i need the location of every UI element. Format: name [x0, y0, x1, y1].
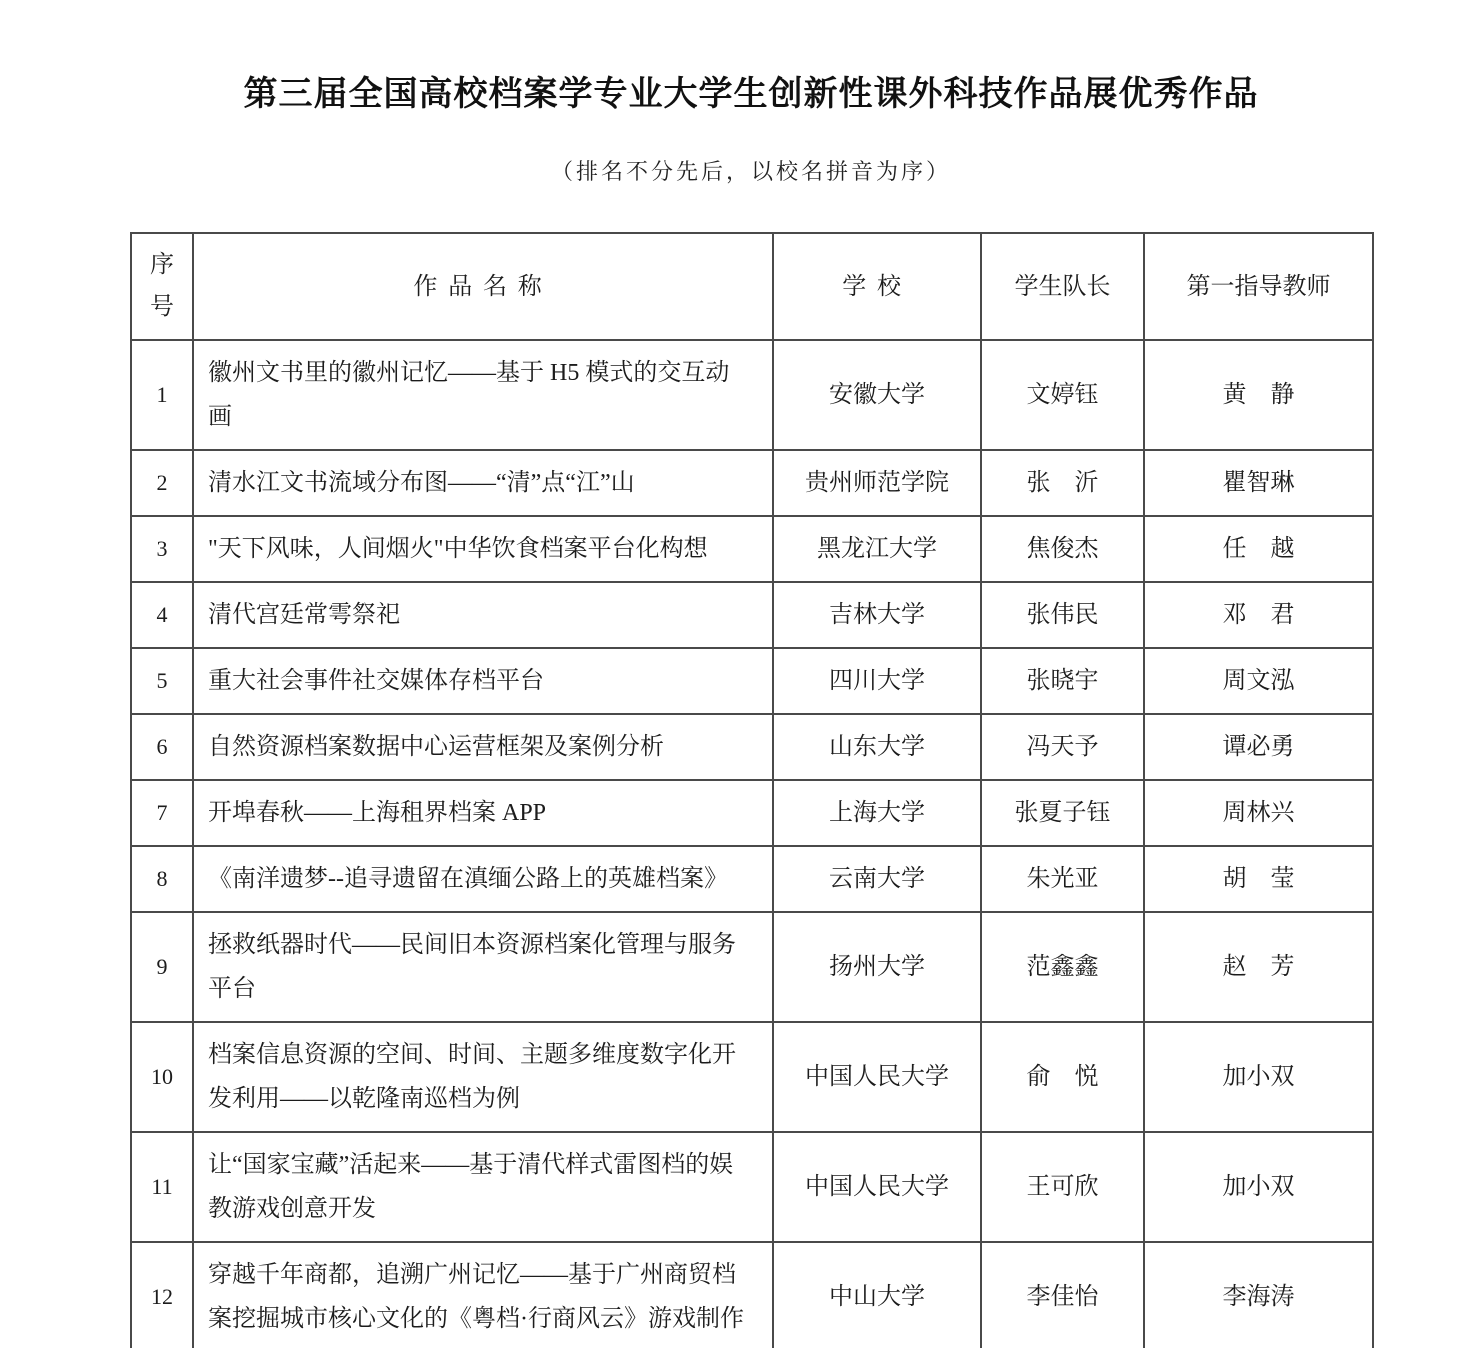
row-index-cell: 6: [131, 714, 193, 780]
work-title-cell: 清水江文书流域分布图——“清”点“江”山: [193, 450, 773, 516]
student-leader-cell: 张夏子钰: [981, 780, 1144, 846]
table-row: 5 重大社会事件社交媒体存档平台 四川大学 张晓宇 周文泓: [131, 648, 1373, 714]
student-leader-cell: 张伟民: [981, 582, 1144, 648]
first-advisor-cell: 谭必勇: [1144, 714, 1373, 780]
first-advisor-cell: 周林兴: [1144, 780, 1373, 846]
school-cell: 吉林大学: [773, 582, 981, 648]
student-leader-cell: 李佳怡: [981, 1242, 1144, 1348]
header-first-advisor: 第一指导教师: [1144, 233, 1373, 340]
table-row: 6 自然资源档案数据中心运营框架及案例分析 山东大学 冯天予 谭必勇: [131, 714, 1373, 780]
school-cell: 安徽大学: [773, 340, 981, 450]
row-index-cell: 12: [131, 1242, 193, 1348]
work-title-cell: 档案信息资源的空间、时间、主题多维度数字化开发利用——以乾隆南巡档为例: [193, 1022, 773, 1132]
row-index-cell: 2: [131, 450, 193, 516]
row-index-cell: 11: [131, 1132, 193, 1242]
first-advisor-cell: 李海涛: [1144, 1242, 1373, 1348]
work-title-cell: 徽州文书里的徽州记忆——基于 H5 模式的交互动画: [193, 340, 773, 450]
table-row: 1 徽州文书里的徽州记忆——基于 H5 模式的交互动画 安徽大学 文婷钰 黄 静: [131, 340, 1373, 450]
work-title-cell: 《南洋遗梦--追寻遗留在滇缅公路上的英雄档案》: [193, 846, 773, 912]
school-cell: 云南大学: [773, 846, 981, 912]
row-index-cell: 1: [131, 340, 193, 450]
row-index-cell: 9: [131, 912, 193, 1022]
work-title-cell: "天下风味，人间烟火"中华饮食档案平台化构想: [193, 516, 773, 582]
student-leader-cell: 焦俊杰: [981, 516, 1144, 582]
school-cell: 上海大学: [773, 780, 981, 846]
student-leader-cell: 张 沂: [981, 450, 1144, 516]
table-row: 12 穿越千年商都，追溯广州记忆——基于广州商贸档案挖掘城市核心文化的《粤档·行…: [131, 1242, 1373, 1348]
first-advisor-cell: 加小双: [1144, 1022, 1373, 1132]
row-index-cell: 7: [131, 780, 193, 846]
first-advisor-cell: 黄 静: [1144, 340, 1373, 450]
header-school: 学校: [773, 233, 981, 340]
table-body: 1 徽州文书里的徽州记忆——基于 H5 模式的交互动画 安徽大学 文婷钰 黄 静…: [131, 340, 1373, 1348]
table-row: 9 拯救纸器时代——民间旧本资源档案化管理与服务平台 扬州大学 范鑫鑫 赵 芳: [131, 912, 1373, 1022]
school-cell: 中国人民大学: [773, 1132, 981, 1242]
table-row: 3 "天下风味，人间烟火"中华饮食档案平台化构想 黑龙江大学 焦俊杰 任 越: [131, 516, 1373, 582]
student-leader-cell: 朱光亚: [981, 846, 1144, 912]
table-row: 4 清代宫廷常雩祭祀 吉林大学 张伟民 邓 君: [131, 582, 1373, 648]
awarded-works-table: 序号 作品名称 学校 学生队长 第一指导教师 1 徽州文书里的徽州记忆——基于 …: [130, 232, 1374, 1348]
header-index: 序号: [131, 233, 193, 340]
student-leader-cell: 俞 悦: [981, 1022, 1144, 1132]
table-row: 7 开埠春秋——上海租界档案 APP 上海大学 张夏子钰 周林兴: [131, 780, 1373, 846]
header-work-title: 作品名称: [193, 233, 773, 340]
row-index-cell: 10: [131, 1022, 193, 1132]
row-index-cell: 8: [131, 846, 193, 912]
work-title-cell: 清代宫廷常雩祭祀: [193, 582, 773, 648]
document-page: 第三届全国高校档案学专业大学生创新性课外科技作品展优秀作品 （排名不分先后，以校…: [130, 0, 1372, 1348]
school-cell: 四川大学: [773, 648, 981, 714]
page-subtitle: （排名不分先后，以校名拼音为序）: [130, 115, 1372, 186]
table-row: 8 《南洋遗梦--追寻遗留在滇缅公路上的英雄档案》 云南大学 朱光亚 胡 莹: [131, 846, 1373, 912]
row-index-cell: 5: [131, 648, 193, 714]
work-title-cell: 自然资源档案数据中心运营框架及案例分析: [193, 714, 773, 780]
table-row: 11 让“国家宝藏”活起来——基于清代样式雷图档的娱教游戏创意开发 中国人民大学…: [131, 1132, 1373, 1242]
school-cell: 贵州师范学院: [773, 450, 981, 516]
work-title-cell: 重大社会事件社交媒体存档平台: [193, 648, 773, 714]
first-advisor-cell: 任 越: [1144, 516, 1373, 582]
work-title-cell: 拯救纸器时代——民间旧本资源档案化管理与服务平台: [193, 912, 773, 1022]
student-leader-cell: 范鑫鑫: [981, 912, 1144, 1022]
school-cell: 黑龙江大学: [773, 516, 981, 582]
row-index-cell: 3: [131, 516, 193, 582]
page-title: 第三届全国高校档案学专业大学生创新性课外科技作品展优秀作品: [130, 0, 1372, 115]
header-student-leader: 学生队长: [981, 233, 1144, 340]
first-advisor-cell: 胡 莹: [1144, 846, 1373, 912]
work-title-cell: 让“国家宝藏”活起来——基于清代样式雷图档的娱教游戏创意开发: [193, 1132, 773, 1242]
first-advisor-cell: 周文泓: [1144, 648, 1373, 714]
student-leader-cell: 冯天予: [981, 714, 1144, 780]
school-cell: 扬州大学: [773, 912, 981, 1022]
table-row: 10 档案信息资源的空间、时间、主题多维度数字化开发利用——以乾隆南巡档为例 中…: [131, 1022, 1373, 1132]
school-cell: 山东大学: [773, 714, 981, 780]
row-index-cell: 4: [131, 582, 193, 648]
first-advisor-cell: 加小双: [1144, 1132, 1373, 1242]
work-title-cell: 穿越千年商都，追溯广州记忆——基于广州商贸档案挖掘城市核心文化的《粤档·行商风云…: [193, 1242, 773, 1348]
table-row: 2 清水江文书流域分布图——“清”点“江”山 贵州师范学院 张 沂 瞿智琳: [131, 450, 1373, 516]
header-index-label: 序号: [149, 244, 174, 328]
first-advisor-cell: 赵 芳: [1144, 912, 1373, 1022]
school-cell: 中国人民大学: [773, 1022, 981, 1132]
table-header: 序号 作品名称 学校 学生队长 第一指导教师: [131, 233, 1373, 340]
work-title-cell: 开埠春秋——上海租界档案 APP: [193, 780, 773, 846]
student-leader-cell: 王可欣: [981, 1132, 1144, 1242]
school-cell: 中山大学: [773, 1242, 981, 1348]
student-leader-cell: 文婷钰: [981, 340, 1144, 450]
student-leader-cell: 张晓宇: [981, 648, 1144, 714]
table-header-row: 序号 作品名称 学校 学生队长 第一指导教师: [131, 233, 1373, 340]
first-advisor-cell: 邓 君: [1144, 582, 1373, 648]
first-advisor-cell: 瞿智琳: [1144, 450, 1373, 516]
